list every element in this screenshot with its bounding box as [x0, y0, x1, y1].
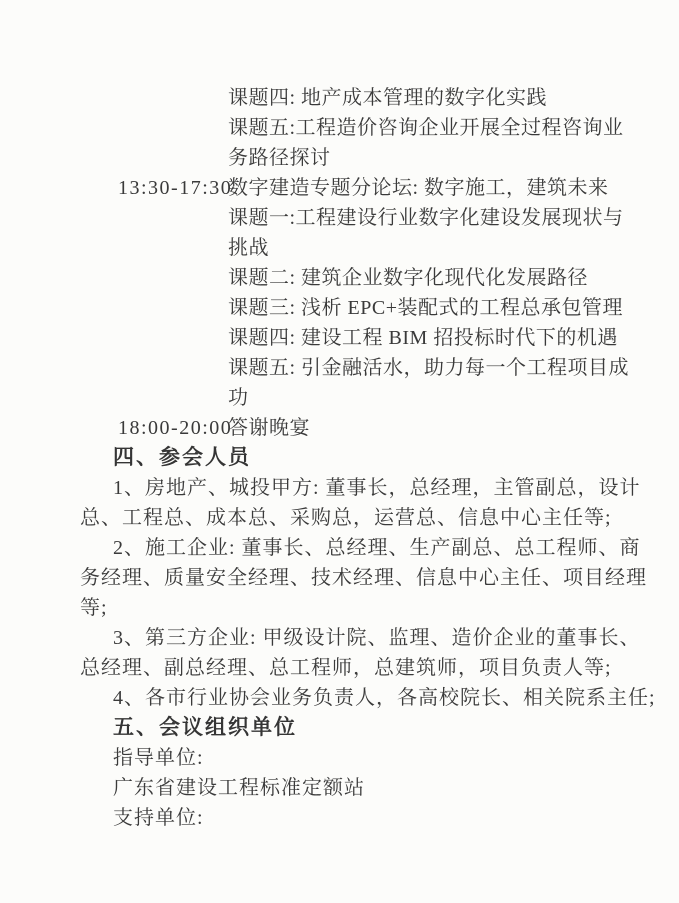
schedule-session-title: 答谢晚宴 [228, 417, 310, 439]
org-label-guidance-unit: 指导单位: [113, 743, 679, 773]
schedule-topic-line: 课题四: 建设工程 BIM 招投标时代下的机遇 [228, 323, 679, 353]
schedule-time: 18:00-20:00 [118, 413, 228, 443]
section-heading-participants: 四、参会人员 [113, 443, 679, 473]
schedule-topic-line: 课题五: 引金融活水，助力每一个工程项目成 [228, 353, 679, 383]
paragraph-line: 2、施工企业: 董事长、总经理、生产副总、总工程师、商 [113, 533, 679, 563]
paragraph-line: 3、第三方企业: 甲级设计院、监理、造价企业的董事长、 [113, 623, 679, 653]
scanned-document-page: 课题四: 地产成本管理的数字化实践 课题五:工程造价咨询企业开展全过程咨询业 务… [0, 0, 679, 903]
schedule-time-row: 13:30-17:30数字建造专题分论坛: 数字施工，建筑未来 [118, 173, 679, 203]
schedule-topic-line: 课题二: 建筑企业数字化现代化发展路径 [228, 263, 679, 293]
schedule-topic-line-wrap: 挑战 [228, 233, 679, 263]
schedule-topic-line: 课题一:工程建设行业数字化建设发展现状与 [228, 203, 679, 233]
paragraph-line: 等; [80, 593, 679, 623]
paragraph-line: 1、房地产、城投甲方: 董事长，总经理，主管副总，设计 [113, 473, 679, 503]
org-label-support-unit: 支持单位: [113, 803, 679, 833]
paragraph-line: 务经理、质量安全经理、技术经理、信息中心主任、项目经理 [80, 563, 679, 593]
schedule-session-title: 数字建造专题分论坛: 数字施工，建筑未来 [228, 177, 609, 199]
document-content: 课题四: 地产成本管理的数字化实践 课题五:工程造价咨询企业开展全过程咨询业 务… [0, 83, 679, 833]
paragraph-line: 4、各市行业协会业务负责人，各高校院长、相关院系主任; [113, 683, 679, 713]
schedule-topic-line-wrap: 务路径探讨 [228, 143, 679, 173]
schedule-topic-line: 课题三: 浅析 EPC+装配式的工程总承包管理 [228, 293, 679, 323]
schedule-topic-line-wrap: 功 [228, 383, 679, 413]
paragraph-line: 总经理、副总经理、总工程师，总建筑师，项目负责人等; [80, 653, 679, 683]
section-heading-organizers: 五、会议组织单位 [113, 713, 679, 743]
schedule-topic-line: 课题四: 地产成本管理的数字化实践 [228, 83, 679, 113]
schedule-time: 13:30-17:30 [118, 173, 228, 203]
org-name: 广东省建设工程标准定额站 [113, 773, 679, 803]
paragraph-line: 总、工程总、成本总、采购总，运营总、信息中心主任等; [80, 503, 679, 533]
schedule-topic-line: 课题五:工程造价咨询企业开展全过程咨询业 [228, 113, 679, 143]
schedule-time-row: 18:00-20:00答谢晚宴 [118, 413, 679, 443]
